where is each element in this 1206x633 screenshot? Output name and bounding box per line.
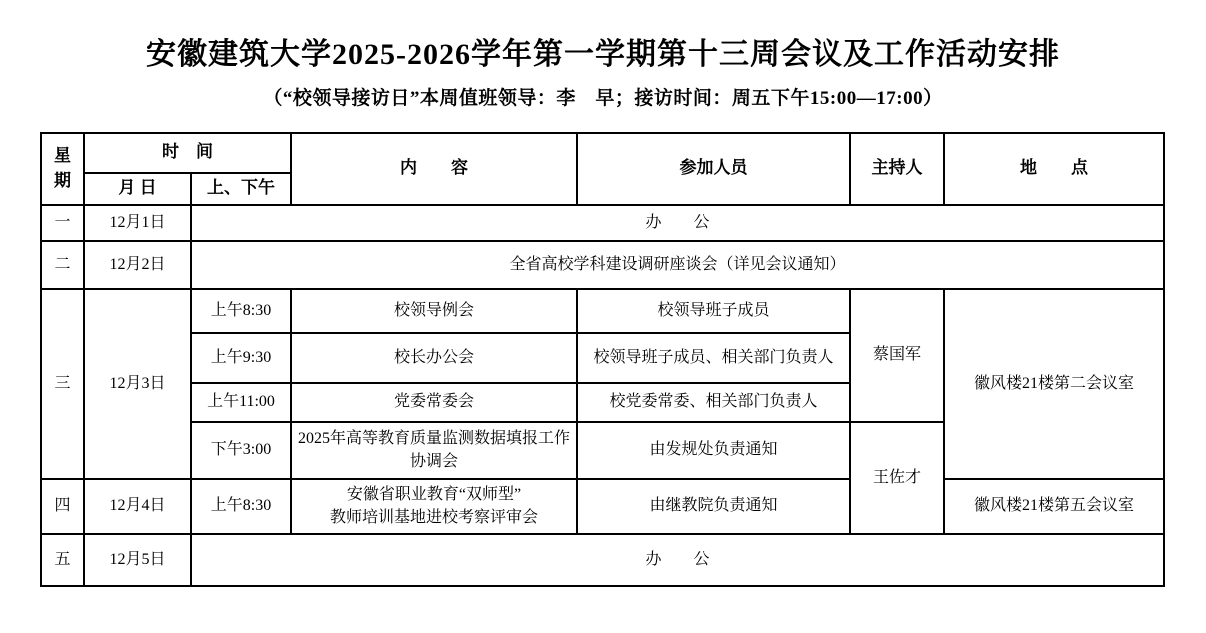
header-host: 主持人 [850, 133, 944, 205]
cell-content: 办 公 [191, 534, 1164, 586]
cell-content: 2025年高等教育质量监测数据填报工作 协调会 [291, 422, 577, 479]
cell-time: 上午8:30 [191, 479, 291, 534]
header-week: 星 期 [41, 133, 84, 205]
cell-participants: 校领导班子成员、相关部门负责人 [577, 333, 850, 383]
cell-week: 一 [41, 205, 84, 241]
header-time: 时 间 [84, 133, 291, 173]
cell-content: 办 公 [191, 205, 1164, 241]
cell-time: 上午8:30 [191, 289, 291, 333]
table-row-monday: 一 12月1日 办 公 [41, 205, 1164, 241]
page-subtitle: （“校领导接访日”本周值班领导：李 早；接访时间：周五下午15:00—17:00… [0, 83, 1206, 110]
cell-time: 上午11:00 [191, 383, 291, 422]
table-row-wednesday-1: 三 12月3日 上午8:30 校领导例会 校领导班子成员 蔡国军 徽风楼21楼第… [41, 289, 1164, 333]
cell-participants: 由发规处负责通知 [577, 422, 850, 479]
cell-participants: 校领导班子成员 [577, 289, 850, 333]
header-location: 地 点 [944, 133, 1164, 205]
cell-participants: 由继教院负责通知 [577, 479, 850, 534]
table-row-friday: 五 12月5日 办 公 [41, 534, 1164, 586]
table-row-thursday: 四 12月4日 上午8:30 安徽省职业教育“双师型” 教师培训基地进校考察评审… [41, 479, 1164, 534]
cell-content: 校领导例会 [291, 289, 577, 333]
cell-date: 12月5日 [84, 534, 191, 586]
header-participants: 参加人员 [577, 133, 850, 205]
cell-content: 校长办公会 [291, 333, 577, 383]
cell-participants: 校党委常委、相关部门负责人 [577, 383, 850, 422]
cell-content: 全省高校学科建设调研座谈会（详见会议通知） [191, 241, 1164, 289]
cell-content: 党委常委会 [291, 383, 577, 422]
header-row-1: 星 期 时 间 内 容 参加人员 主持人 地 点 [41, 133, 1164, 173]
cell-date: 12月1日 [84, 205, 191, 241]
header-ampm: 上、下午 [191, 173, 291, 205]
cell-week: 二 [41, 241, 84, 289]
cell-time: 上午9:30 [191, 333, 291, 383]
schedule-table: 星 期 时 间 内 容 参加人员 主持人 地 点 月 日 上、下午 一 12月1… [40, 132, 1165, 587]
cell-date: 12月2日 [84, 241, 191, 289]
cell-week: 四 [41, 479, 84, 534]
page-title: 安徽建筑大学2025-2026学年第一学期第十三周会议及工作活动安排 [0, 38, 1206, 73]
header-content: 内 容 [291, 133, 577, 205]
cell-content: 安徽省职业教育“双师型” 教师培训基地进校考察评审会 [291, 479, 577, 534]
cell-date: 12月3日 [84, 289, 191, 479]
cell-week: 三 [41, 289, 84, 479]
cell-time: 下午3:00 [191, 422, 291, 479]
document-page: 安徽建筑大学2025-2026学年第一学期第十三周会议及工作活动安排 （“校领导… [0, 0, 1206, 633]
cell-host: 蔡国军 [850, 289, 944, 422]
table-row-tuesday: 二 12月2日 全省高校学科建设调研座谈会（详见会议通知） [41, 241, 1164, 289]
cell-date: 12月4日 [84, 479, 191, 534]
cell-location: 徽风楼21楼第五会议室 [944, 479, 1164, 534]
cell-host: 王佐才 [850, 422, 944, 534]
cell-week: 五 [41, 534, 84, 586]
cell-location: 徽风楼21楼第二会议室 [944, 289, 1164, 479]
header-date: 月 日 [84, 173, 191, 205]
